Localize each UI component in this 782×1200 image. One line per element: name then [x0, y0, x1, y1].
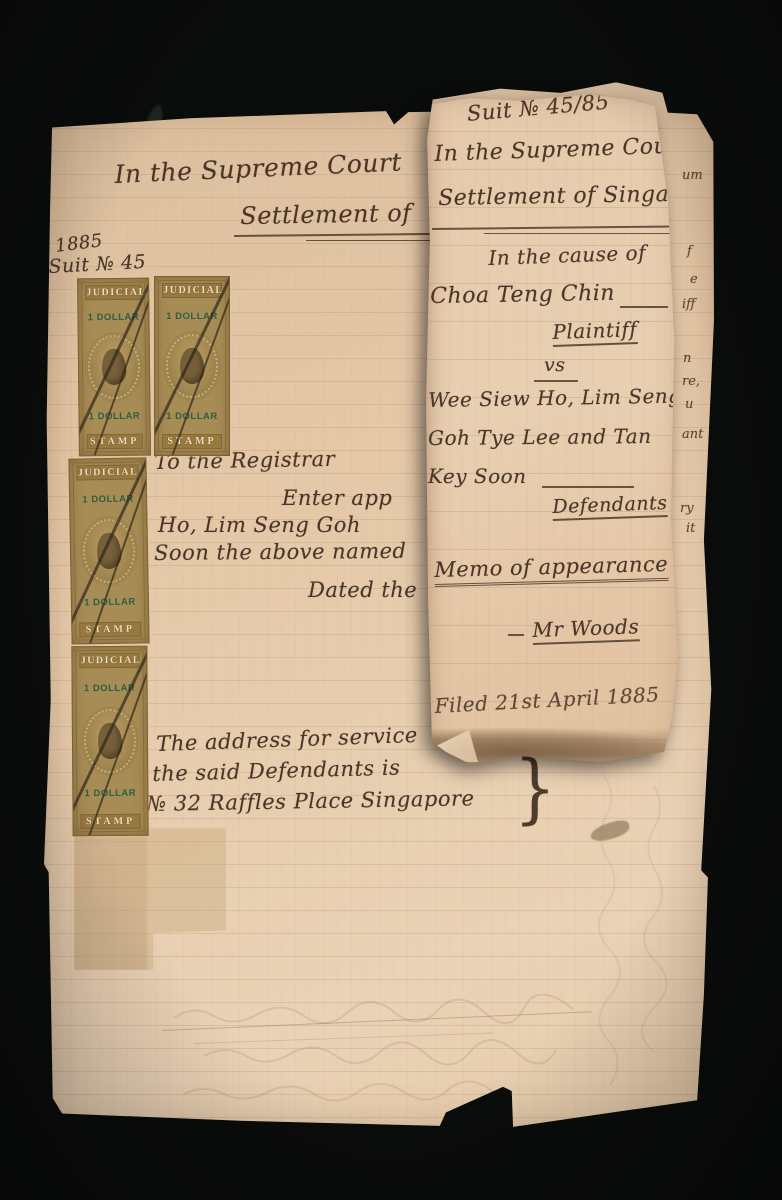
edge-fragment: re,	[682, 374, 700, 389]
main-header-settlement: Settlement of	[240, 199, 412, 230]
stamp-ghost-stain	[74, 828, 226, 970]
slip-court-line1: In the Supreme Court	[434, 133, 689, 167]
attorney-dash	[508, 634, 524, 636]
enter-appearance-line: Enter app	[282, 486, 392, 510]
appearance-slip: Suit № 45/85 In the Supreme Court Settle…	[424, 94, 680, 766]
slip-court-underline-2	[484, 233, 672, 234]
slip-court-line2: Settlement of Singapore	[438, 181, 722, 211]
pen-cancellation	[78, 279, 150, 456]
suit-number-note: Suit № 45	[48, 251, 147, 278]
pen-cancellation	[69, 458, 148, 643]
judicial-stamp-2: JUDICIAL 1 DOLLAR 1 DOLLAR STAMP	[154, 276, 230, 456]
slip-court-underline	[432, 225, 676, 230]
edge-fragment: f	[687, 244, 692, 259]
bleed-through-writing-right	[584, 766, 714, 1096]
slip-defendants-label: Defendants	[552, 492, 668, 521]
dated-line: Dated the	[308, 578, 417, 602]
edge-fragment: u	[685, 397, 693, 412]
slip-plaintiff-label: Plaintiff	[552, 317, 638, 347]
edge-fragment: ant	[682, 427, 703, 442]
main-header-court: In the Supreme Court	[114, 147, 403, 189]
address-line1: The address for service	[156, 723, 418, 756]
edge-fragment: it	[686, 521, 695, 536]
slip-attorney-name: Mr Woods	[532, 614, 640, 645]
edge-fragment: n	[683, 351, 691, 366]
slip-fold-corner	[428, 730, 478, 762]
slip-suit-number: Suit № 45/85	[466, 90, 610, 126]
edge-fragment: iff	[682, 297, 695, 312]
party-names-line2: Soon the above named	[154, 539, 407, 565]
slip-defendants-line1: Wee Siew Ho, Lim Seng	[428, 384, 682, 412]
pen-cancellation	[72, 647, 147, 836]
slip-cause-label: In the cause of	[488, 240, 646, 269]
edge-fragment: e	[690, 272, 698, 287]
party-names-line1: Ho, Lim Seng Goh	[158, 513, 361, 537]
slip-versus: vs	[544, 354, 565, 376]
edge-fragment: ry	[680, 501, 694, 516]
defendants-dash	[542, 486, 634, 488]
pen-cancellation	[155, 277, 229, 455]
address-line3: № 32 Raffles Place Singapore	[146, 786, 475, 816]
slip-plaintiff-name: Choa Teng Chin	[430, 281, 615, 309]
plaintiff-dash	[620, 306, 668, 308]
slip-memo-title: Memo of appearance	[434, 552, 669, 587]
edge-fragment: um	[682, 168, 703, 183]
slip-filed-line: Filed 21st April 1885	[434, 682, 660, 718]
address-line2: the said Defendants is	[152, 756, 401, 786]
versus-underline	[534, 380, 578, 382]
judicial-stamp-1: JUDICIAL 1 DOLLAR 1 DOLLAR STAMP	[77, 278, 151, 457]
judicial-stamp-4: JUDICIAL 1 DOLLAR 1 DOLLAR STAMP	[71, 646, 148, 837]
judicial-stamp-3: JUDICIAL 1 DOLLAR 1 DOLLAR STAMP	[68, 457, 149, 644]
appearance-slip-wrap: Suit № 45/85 In the Supreme Court Settle…	[424, 94, 680, 766]
slip-defendants-line3: Key Soon	[428, 464, 527, 488]
slip-defendants-line2: Goh Tye Lee and Tan	[428, 424, 652, 450]
